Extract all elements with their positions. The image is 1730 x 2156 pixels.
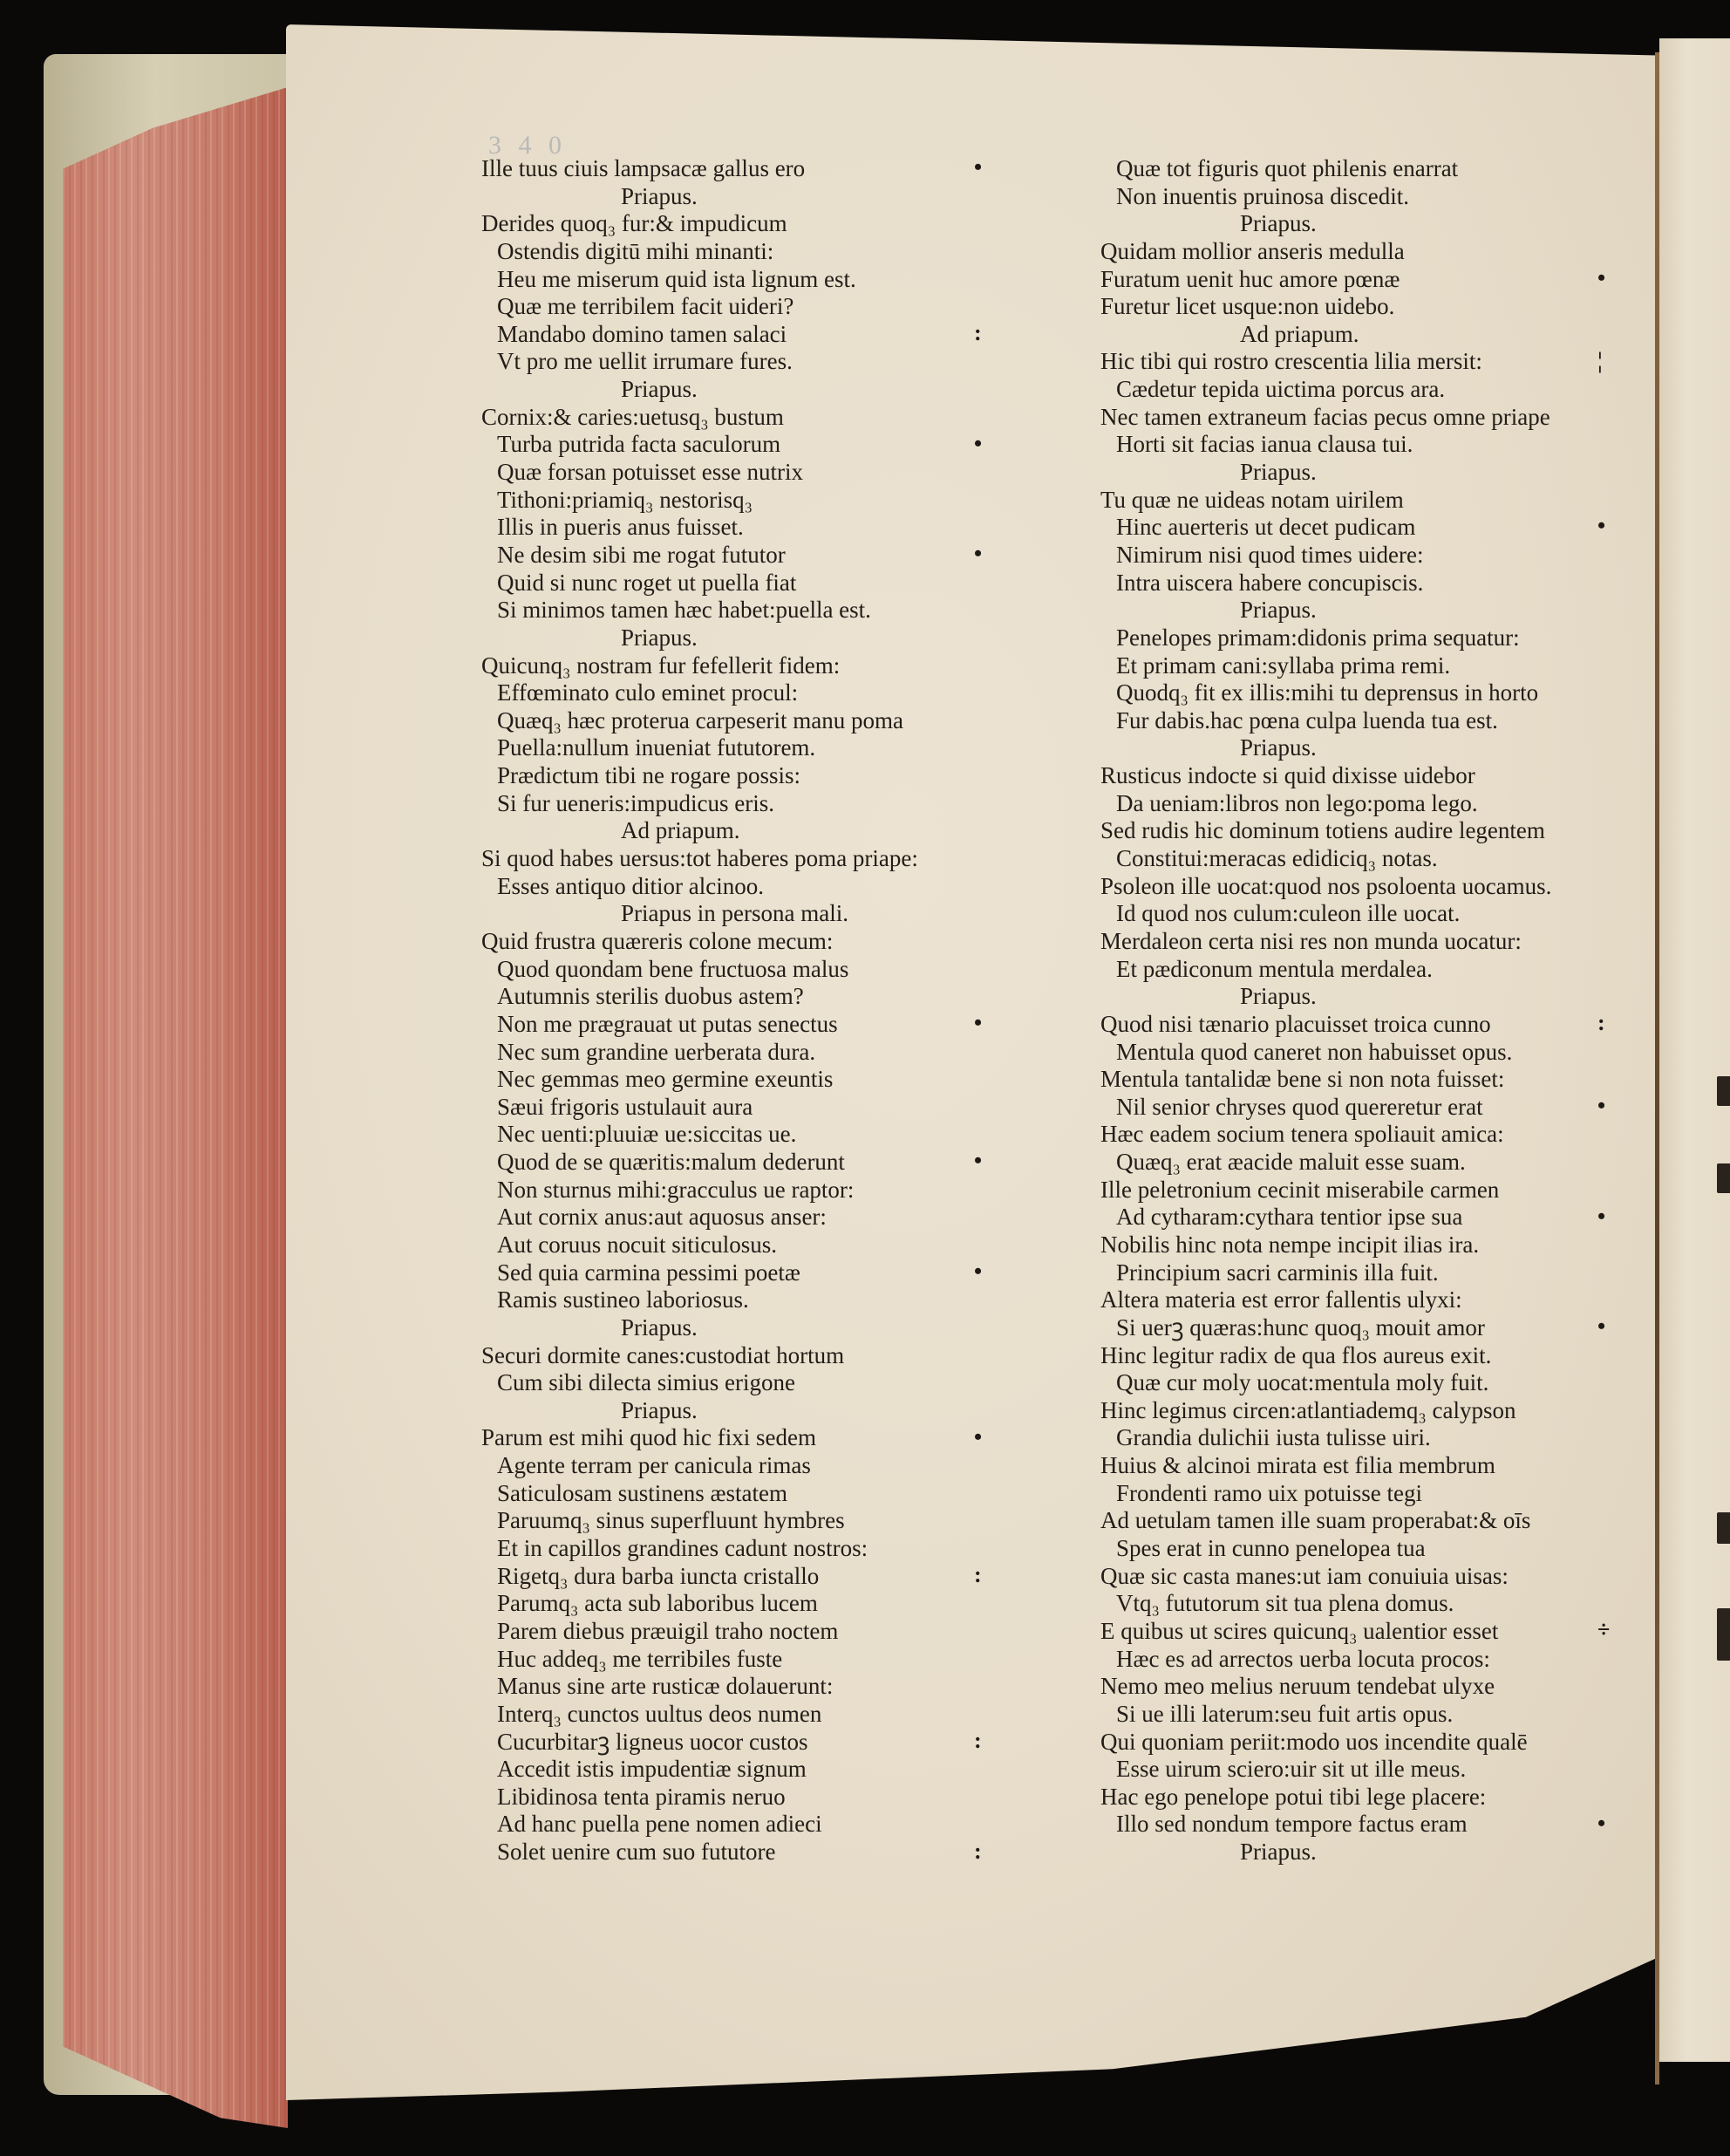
verse-line: Penelopes primam:didonis prima sequatur: bbox=[1100, 624, 1606, 652]
verse-line: Nec tamen extraneum facias pecus omne pr… bbox=[1100, 404, 1606, 432]
margin-mark: ¦ bbox=[1597, 347, 1603, 375]
verse-line: Huius & alcinoi mirata est filia membrum bbox=[1100, 1452, 1606, 1480]
verse-line: Quæ cur moly uocat:mentula moly fuit. bbox=[1100, 1369, 1606, 1397]
verse-line: Fur dabis.hac pœna culpa luenda tua est. bbox=[1100, 707, 1606, 735]
verse-line: Paruumq₃ sinus superfluunt hymbres bbox=[481, 1507, 1005, 1535]
verse-line: Intra uiscera habere concupiscis. bbox=[1100, 570, 1606, 597]
verse-line: Accedit istis impudentiæ signum bbox=[481, 1756, 1005, 1784]
verse-line: Hinc legimus circen:atlantiademq₃ calyps… bbox=[1100, 1397, 1606, 1425]
verse-line: Quæ tot figuris quot philenis enarrat bbox=[1100, 155, 1606, 183]
verse-line: Nemo meo melius neruum tendebat ulyxe bbox=[1100, 1673, 1606, 1701]
verse-heading: Priapus. bbox=[481, 183, 1005, 211]
margin-mark: • bbox=[974, 1423, 982, 1451]
verse-line: Si quod habes uersus:tot haberes poma pr… bbox=[481, 845, 1005, 873]
verse-line: Rusticus indocte si quid dixisse uidebor bbox=[1100, 762, 1606, 790]
verse-line: Sed quia carmina pessimi poetæ bbox=[481, 1259, 1005, 1287]
left-text-column: Ille tuus ciuis lampsacæ gallus eroPriap… bbox=[481, 155, 1005, 1866]
verse-line: Puella:nullum inueniat fututorem. bbox=[481, 734, 1005, 762]
verse-line: Nobilis hinc nota nempe incipit ilias ir… bbox=[1100, 1232, 1606, 1259]
verse-line: Spes erat in cunno penelopea tua bbox=[1100, 1535, 1606, 1563]
verse-line: Ille tuus ciuis lampsacæ gallus ero bbox=[481, 155, 1005, 183]
verse-line: Nil senior chryses quod quereretur erat bbox=[1100, 1094, 1606, 1122]
verse-line: Quid frustra quæreris colone mecum: bbox=[481, 928, 1005, 956]
verse-line: Parum est mihi quod hic fixi sedem bbox=[481, 1424, 1005, 1452]
verse-line: Huc addeq₃ me terribiles fuste bbox=[481, 1646, 1005, 1674]
verse-line: Cædetur tepida uictima porcus ara. bbox=[1100, 376, 1606, 404]
verse-line: Psoleon ille uocat:quod nos psoloenta uo… bbox=[1100, 873, 1606, 901]
verse-line: Si fur ueneris:impudicus eris. bbox=[481, 790, 1005, 818]
verse-line: Effœminato culo eminet procul: bbox=[481, 679, 1005, 707]
verse-line: Quæ sic casta manes:ut iam conuiuia uisa… bbox=[1100, 1563, 1606, 1591]
verse-line: Hinc auerteris ut decet pudicam bbox=[1100, 514, 1606, 542]
verse-heading: Priapus. bbox=[481, 1397, 1005, 1425]
facing-text-fragment bbox=[1717, 1512, 1730, 1544]
verse-line: Furetur licet usque:non uidebo. bbox=[1100, 293, 1606, 321]
verse-line: Quod nisi tænario placuisset troica cunn… bbox=[1100, 1011, 1606, 1039]
verse-line: Vt pro me uellit irrumare fures. bbox=[481, 348, 1005, 376]
verse-line: Nec gemmas meo germine exeuntis bbox=[481, 1066, 1005, 1094]
verse-line: Interq₃ cunctos uultus deos numen bbox=[481, 1701, 1005, 1729]
verse-line: Sed rudis hic dominum totiens audire leg… bbox=[1100, 817, 1606, 845]
verse-line: E quibus ut scires quicunq₃ ualentior es… bbox=[1100, 1618, 1606, 1646]
verse-line: Da ueniam:libros non lego:poma lego. bbox=[1100, 790, 1606, 818]
verse-line: Rigetq₃ dura barba iuncta cristallo bbox=[481, 1563, 1005, 1591]
verse-line: Manus sine arte rusticæ dolauerunt: bbox=[481, 1673, 1005, 1701]
verse-line: Principium sacri carminis illa fuit. bbox=[1100, 1259, 1606, 1287]
verse-line: Furatum uenit huc amore pœnæ bbox=[1100, 266, 1606, 294]
margin-mark: • bbox=[974, 540, 982, 568]
verse-line: Saticulosam sustinens æstatem bbox=[481, 1480, 1005, 1508]
verse-line: Quid si nunc roget ut puella fiat bbox=[481, 570, 1005, 597]
verse-line: Quod quondam bene fructuosa malus bbox=[481, 956, 1005, 984]
verse-line: Heu me miserum quid ista lignum est. bbox=[481, 266, 1005, 294]
verse-line: Nimirum nisi quod times uidere: bbox=[1100, 542, 1606, 570]
verse-line: Hic tibi qui rostro crescentia lilia mer… bbox=[1100, 348, 1606, 376]
margin-mark: • bbox=[1597, 264, 1605, 292]
margin-mark: • bbox=[974, 430, 982, 458]
verse-line: Sæui frigoris ustulauit aura bbox=[481, 1094, 1005, 1122]
verse-line: Solet uenire cum suo fututore bbox=[481, 1839, 1005, 1866]
verse-line: Quod de se quæritis:malum dederunt bbox=[481, 1149, 1005, 1177]
margin-mark: • bbox=[1597, 512, 1605, 540]
verse-heading: Ad priapum. bbox=[481, 817, 1005, 845]
verse-line: Nec sum grandine uerberata dura. bbox=[481, 1039, 1005, 1067]
facing-text-fragment bbox=[1717, 1163, 1730, 1193]
verse-line: Agente terram per canicula rimas bbox=[481, 1452, 1005, 1480]
margin-mark: • bbox=[974, 1009, 982, 1037]
verse-line: Grandia dulichii iusta tulisse uiri. bbox=[1100, 1424, 1606, 1452]
verse-line: Frondenti ramo uix potuisse tegi bbox=[1100, 1480, 1606, 1508]
margin-mark: • bbox=[974, 154, 982, 181]
verse-line: Illo sed nondum tempore factus eram bbox=[1100, 1811, 1606, 1839]
verse-line: Cum sibi dilecta simius erigone bbox=[481, 1369, 1005, 1397]
verse-line: Mentula tantalidæ bene si non nota fuiss… bbox=[1100, 1066, 1606, 1094]
verse-line: Illis in pueris anus fuisset. bbox=[481, 514, 1005, 542]
verse-line: Et in capillos grandines cadunt nostros: bbox=[481, 1535, 1005, 1563]
verse-heading: Priapus. bbox=[1100, 210, 1606, 238]
verse-line: Si uerꝫ quæras:hunc quoq₃ mouit amor bbox=[1100, 1314, 1606, 1342]
verse-heading: Priapus. bbox=[1100, 1839, 1606, 1866]
verse-line: Merdaleon certa nisi res non munda uocat… bbox=[1100, 928, 1606, 956]
verse-line: Esse uirum sciero:uir sit ut ille meus. bbox=[1100, 1756, 1606, 1784]
facing-text-fragment bbox=[1717, 1076, 1730, 1106]
verse-line: Parem diebus præuigil traho noctem bbox=[481, 1618, 1005, 1646]
margin-mark: • bbox=[974, 1258, 982, 1286]
verse-line: Ne desim sibi me rogat fututor bbox=[481, 542, 1005, 570]
verse-line: Hinc legitur radix de qua flos aureus ex… bbox=[1100, 1342, 1606, 1370]
verse-line: Hæc eadem socium tenera spoliauit amica: bbox=[1100, 1121, 1606, 1149]
verse-line: Derides quoq₃ fur:& impudicum bbox=[481, 210, 1005, 238]
verse-heading: Priapus. bbox=[1100, 597, 1606, 624]
verse-line: Parumq₃ acta sub laboribus lucem bbox=[481, 1590, 1005, 1618]
verse-line: Quodq₃ fit ex illis:mihi tu deprensus in… bbox=[1100, 679, 1606, 707]
verse-line: Cornix:& caries:uetusq₃ bustum bbox=[481, 404, 1005, 432]
verse-line: Mandabo domino tamen salaci bbox=[481, 321, 1005, 349]
verse-heading: Priapus. bbox=[1100, 734, 1606, 762]
verse-line: Quæ me terribilem facit uideri? bbox=[481, 293, 1005, 321]
margin-mark: • bbox=[974, 1147, 982, 1175]
verse-line: Libidinosa tenta piramis neruo bbox=[481, 1784, 1005, 1811]
verse-line: Aut coruus nocuit siticulosus. bbox=[481, 1232, 1005, 1259]
verse-line: Hac ego penelope potui tibi lege placere… bbox=[1100, 1784, 1606, 1811]
verse-line: Si minimos tamen hæc habet:puella est. bbox=[481, 597, 1005, 624]
margin-mark: • bbox=[1597, 1810, 1605, 1838]
margin-mark: : bbox=[974, 319, 982, 347]
verse-line: Ramis sustineo laboriosus. bbox=[481, 1286, 1005, 1314]
verse-line: Ille peletronium cecinit miserabile carm… bbox=[1100, 1177, 1606, 1204]
verse-line: Quæq₃ hæc proterua carpeserit manu poma bbox=[481, 707, 1005, 735]
verse-heading: Priapus. bbox=[1100, 459, 1606, 487]
verse-line: Esses antiquo ditior alcinoo. bbox=[481, 873, 1005, 901]
verse-line: Vtq₃ fututorum sit tua plena domus. bbox=[1100, 1590, 1606, 1618]
margin-mark: : bbox=[974, 1838, 982, 1866]
verse-line: Horti sit facias ianua clausa tui. bbox=[1100, 431, 1606, 459]
margin-mark: : bbox=[974, 1727, 982, 1755]
verse-line: Tu quæ ne uideas notam uirilem bbox=[1100, 487, 1606, 515]
verse-line: Altera materia est error fallentis ulyxi… bbox=[1100, 1286, 1606, 1314]
verse-line: Hæc es ad arrectos uerba locuta procos: bbox=[1100, 1646, 1606, 1674]
verse-line: Id quod nos culum:culeon ille uocat. bbox=[1100, 900, 1606, 928]
right-text-column: Quæ tot figuris quot philenis enarratNon… bbox=[1100, 155, 1606, 1866]
verse-heading: Priapus. bbox=[481, 624, 1005, 652]
verse-line: Non me prægrauat ut putas senectus bbox=[481, 1011, 1005, 1039]
verse-line: Ostendis digitū mihi minanti: bbox=[481, 238, 1005, 266]
verse-heading: Priapus. bbox=[481, 376, 1005, 404]
margin-mark: • bbox=[1597, 1203, 1605, 1231]
verse-line: Ad cytharam:cythara tentior ipse sua bbox=[1100, 1204, 1606, 1232]
verse-line: Constitui:meracas edidiciq₃ notas. bbox=[1100, 845, 1606, 873]
verse-line: Ad hanc puella pene nomen adieci bbox=[481, 1811, 1005, 1839]
verse-line: Quæq₃ erat æacide maluit esse suam. bbox=[1100, 1149, 1606, 1177]
verse-line: Turba putrida facta saculorum bbox=[481, 431, 1005, 459]
verse-heading: Priapus. bbox=[481, 1314, 1005, 1342]
verse-line: Ad uetulam tamen ille suam properabat:& … bbox=[1100, 1507, 1606, 1535]
verse-line: Quicunq₃ nostram fur fefellerit fidem: bbox=[481, 652, 1005, 680]
verse-line: Nec uenti:pluuiæ ue:siccitas ue. bbox=[481, 1121, 1005, 1149]
margin-mark: • bbox=[1597, 1313, 1605, 1341]
red-fore-edge bbox=[63, 87, 288, 2128]
verse-line: Aut cornix anus:aut aquosus anser: bbox=[481, 1204, 1005, 1232]
verse-line: Non sturnus mihi:gracculus ue raptor: bbox=[481, 1177, 1005, 1204]
verse-heading: Priapus. bbox=[1100, 983, 1606, 1011]
verse-line: Quæ forsan potuisset esse nutrix bbox=[481, 459, 1005, 487]
margin-mark: : bbox=[974, 1561, 982, 1589]
margin-mark: • bbox=[1597, 1092, 1605, 1120]
verse-line: Cucurbitarꝫ ligneus uocor custos bbox=[481, 1729, 1005, 1757]
verse-line: Prædictum tibi ne rogare possis: bbox=[481, 762, 1005, 790]
verse-line: Et pædiconum mentula merdalea. bbox=[1100, 956, 1606, 984]
facing-page-edge bbox=[1659, 38, 1730, 2062]
margin-mark: : bbox=[1597, 1009, 1605, 1037]
verse-line: Qui quoniam periit:modo uos incendite qu… bbox=[1100, 1729, 1606, 1757]
verse-heading: Priapus in persona mali. bbox=[481, 900, 1005, 928]
verse-line: Tithoni:priamiq₃ nestorisq₃ bbox=[481, 487, 1005, 515]
verse-line: Si ue illi laterum:seu fuit artis opus. bbox=[1100, 1701, 1606, 1729]
verse-line: Et primam cani:syllaba prima remi. bbox=[1100, 652, 1606, 680]
margin-mark: ÷ bbox=[1597, 1616, 1610, 1644]
verse-heading: Ad priapum. bbox=[1100, 321, 1606, 349]
verse-line: Mentula quod caneret non habuisset opus. bbox=[1100, 1039, 1606, 1067]
verse-line: Securi dormite canes:custodiat hortum bbox=[481, 1342, 1005, 1370]
verse-line: Non inuentis pruinosa discedit. bbox=[1100, 183, 1606, 211]
verse-line: Autumnis sterilis duobus astem? bbox=[481, 983, 1005, 1011]
facing-text-fragment bbox=[1717, 1608, 1730, 1661]
verse-line: Quidam mollior anseris medulla bbox=[1100, 238, 1606, 266]
